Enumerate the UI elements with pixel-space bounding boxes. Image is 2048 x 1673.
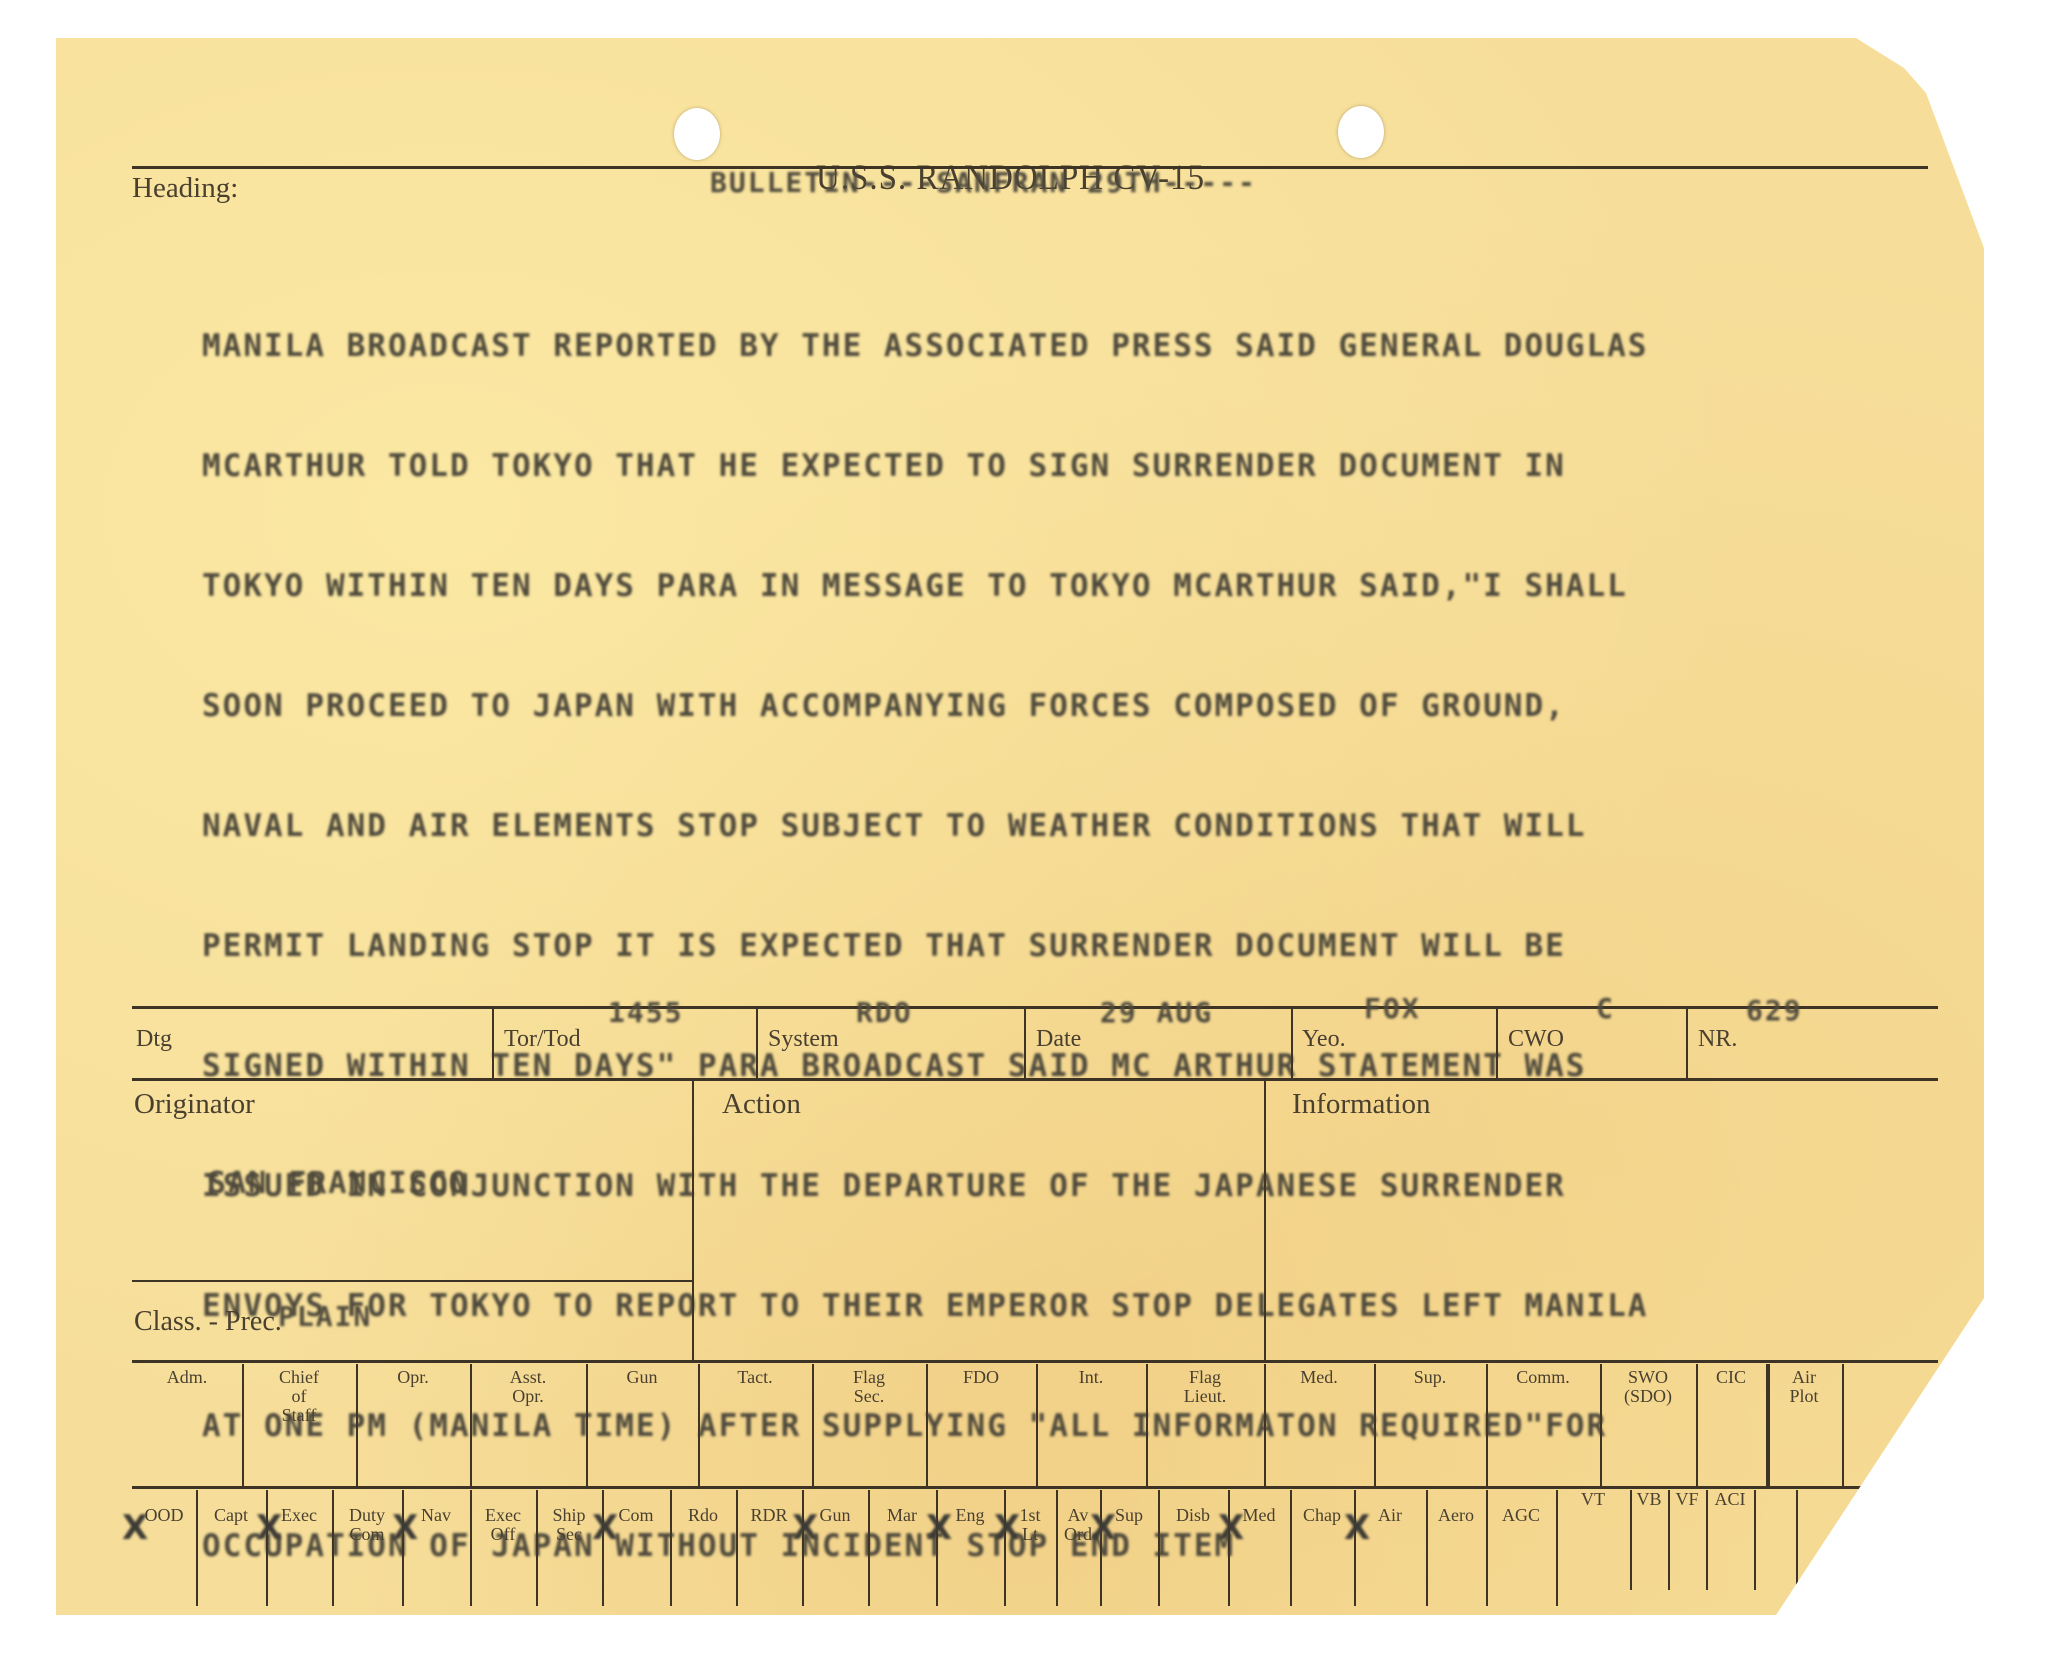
routing-divider [492,1008,494,1078]
distribution-divider [1842,1364,1844,1486]
distribution-top-cell[interactable]: AirPlot [1766,1368,1842,1406]
distribution-top-cell[interactable]: Gun [586,1368,698,1387]
routing-divider [1686,1008,1688,1078]
distribution-divider [1796,1490,1798,1590]
distribution-top-label: Staff [242,1406,356,1425]
body-line: TOKYO WITHIN TEN DAYS PARA IN MESSAGE TO… [202,566,1922,606]
distribution-top-label: Flag [812,1368,926,1387]
routing-divider [1291,1008,1293,1078]
distribution-top-cell[interactable]: Tact. [698,1368,812,1387]
distribution-bottom-label: ACI [1706,1490,1754,1509]
check-x-icon: X [1090,1508,1116,1548]
distribution-top-label: Lieut. [1146,1387,1264,1406]
distribution-bottom-cell[interactable]: VB [1630,1490,1668,1509]
distribution-top-label: Gun [586,1368,698,1387]
routing-bottom-rule [132,1078,1938,1081]
check-x-icon: X [122,1508,148,1548]
body-line: AT ONE PM (MANILA TIME) AFTER SUPPLYING … [202,1406,1922,1446]
distribution-top-cell[interactable]: Int. [1036,1368,1146,1387]
distribution-top-cell[interactable]: FlagSec. [812,1368,926,1406]
body-line: MCARTHUR TOLD TOKYO THAT HE EXPECTED TO … [202,446,1922,486]
distribution-bottom-cell[interactable]: VF [1668,1490,1706,1509]
dtg-label: Dtg [136,1026,172,1053]
distribution-top-label: of [242,1387,356,1406]
distribution-top-label: CIC [1696,1368,1766,1387]
tor-tod-label: Tor/Tod [504,1026,581,1053]
body-line: NAVAL AND AIR ELEMENTS STOP SUBJECT TO W… [202,806,1922,846]
distribution-top-cell[interactable]: CIC [1696,1368,1766,1387]
class-prec-label: Class. - Prec. [134,1306,282,1338]
heading-label: Heading: [132,172,238,205]
date-value: 29 AUG [1100,996,1213,1029]
message-form-paper: U.S.S. RANDOLPH CV-15 Heading: BULLETIN-… [56,38,1984,1615]
distribution-top-label: Adm. [132,1368,242,1387]
addressing-divider [1264,1080,1266,1362]
check-x-icon: X [926,1508,952,1548]
check-x-icon: X [1344,1508,1370,1548]
originator-label: Originator [134,1088,255,1121]
information-label: Information [1292,1088,1431,1121]
distribution-top-label: Air [1766,1368,1842,1387]
system-value: RDO [856,996,913,1029]
distribution-top-cell[interactable]: FlagLieut. [1146,1368,1264,1406]
cwo-label: CWO [1508,1026,1564,1053]
distribution-top-label: Opr. [356,1368,470,1387]
distribution-top-cell[interactable]: Adm. [132,1368,242,1387]
distribution-top-label: FDO [926,1368,1036,1387]
class-rule [132,1280,692,1282]
distribution-top-label: (SDO) [1600,1387,1696,1406]
distribution-top-label: Plot [1766,1387,1842,1406]
punch-hole-right [1338,106,1384,158]
check-x-icon: X [994,1508,1020,1548]
routing-top-rule [132,1006,1938,1009]
distribution-bottom-cell[interactable]: Aero [1426,1506,1486,1525]
distribution-bottom-label: Aero [1426,1506,1486,1525]
distribution-top-label: Flag [1146,1368,1264,1387]
nr-value: 629 [1746,994,1803,1027]
body-line: PERMIT LANDING STOP IT IS EXPECTED THAT … [202,926,1922,966]
body-line: SOON PROCEED TO JAPAN WITH ACCOMPANYING … [202,686,1922,726]
distribution-top-cell[interactable]: ChiefofStaff [242,1368,356,1425]
distribution-top-cell[interactable]: Sup. [1374,1368,1486,1387]
distribution-divider [1754,1490,1756,1590]
distribution-top-label: Asst. [470,1368,586,1387]
distribution-top-label: Med. [1264,1368,1374,1387]
distribution-bottom-cell[interactable]: ACI [1706,1490,1754,1509]
distribution-top-label: Comm. [1486,1368,1600,1387]
heading-value: BULLETIN----SANFRAN 29TH----- [710,166,1257,199]
distribution-top-cell[interactable]: Opr. [356,1368,470,1387]
distribution-top-cell[interactable]: FDO [926,1368,1036,1387]
routing-divider [1496,1008,1498,1078]
distribution-top-label: Sec. [812,1387,926,1406]
distribution-bottom-label: AGC [1486,1506,1556,1525]
nr-label: NR. [1698,1026,1737,1053]
punch-hole-left [674,108,720,160]
distribution-top-label: Int. [1036,1368,1146,1387]
distribution-mid-rule [132,1486,1898,1489]
distribution-bottom-cell[interactable]: AGC [1486,1506,1556,1525]
addressing-bottom-rule [132,1360,1938,1363]
addressing-divider [692,1080,694,1362]
distribution-top-label: SWO [1600,1368,1696,1387]
date-label: Date [1036,1026,1081,1053]
distribution-bottom-cell[interactable]: VT [1556,1490,1630,1509]
system-label: System [768,1026,839,1053]
body-line: MANILA BROADCAST REPORTED BY THE ASSOCIA… [202,326,1922,366]
distribution-top-label: Sup. [1374,1368,1486,1387]
distribution-bottom-label: Exec [470,1506,536,1525]
check-x-icon: X [392,1508,418,1548]
distribution-bottom-label: VB [1630,1490,1668,1509]
distribution-bottom-label: VF [1668,1490,1706,1509]
check-x-icon: X [1218,1508,1244,1548]
yeo-label: Yeo. [1302,1026,1346,1053]
check-x-icon: X [592,1508,618,1548]
distribution-bottom-label: Rdo [670,1506,736,1525]
distribution-top-cell[interactable]: SWO(SDO) [1600,1368,1696,1406]
check-x-icon: X [792,1508,818,1548]
distribution-top-label: Tact. [698,1368,812,1387]
distribution-top-cell[interactable]: Comm. [1486,1368,1600,1387]
distribution-top-label: Chief [242,1368,356,1387]
yeo-value: FOX [1364,992,1421,1025]
originator-value: SAN FRANCISCO [208,1166,469,1201]
distribution-bottom-label: Off [470,1525,536,1544]
routing-divider [1024,1008,1026,1078]
tor-tod-value: 1455 [608,996,683,1029]
distribution-top-label: Opr. [470,1387,586,1406]
class-prec-value: PLAIN [278,1300,372,1333]
message-body: MANILA BROADCAST REPORTED BY THE ASSOCIA… [202,246,1922,1646]
routing-divider [756,1008,758,1078]
check-x-icon: X [256,1508,282,1548]
distribution-bottom-cell[interactable]: ExecOff [470,1506,536,1544]
body-line: ENVOYS FOR TOKYO TO REPORT TO THEIR EMPE… [202,1286,1922,1326]
distribution-bottom-cell[interactable]: Rdo [670,1506,736,1525]
distribution-top-cell[interactable]: Med. [1264,1368,1374,1387]
distribution-bottom-label: VT [1556,1490,1630,1509]
cwo-value: C [1596,992,1615,1025]
distribution-top-cell[interactable]: Asst.Opr. [470,1368,586,1406]
action-label: Action [722,1088,801,1121]
